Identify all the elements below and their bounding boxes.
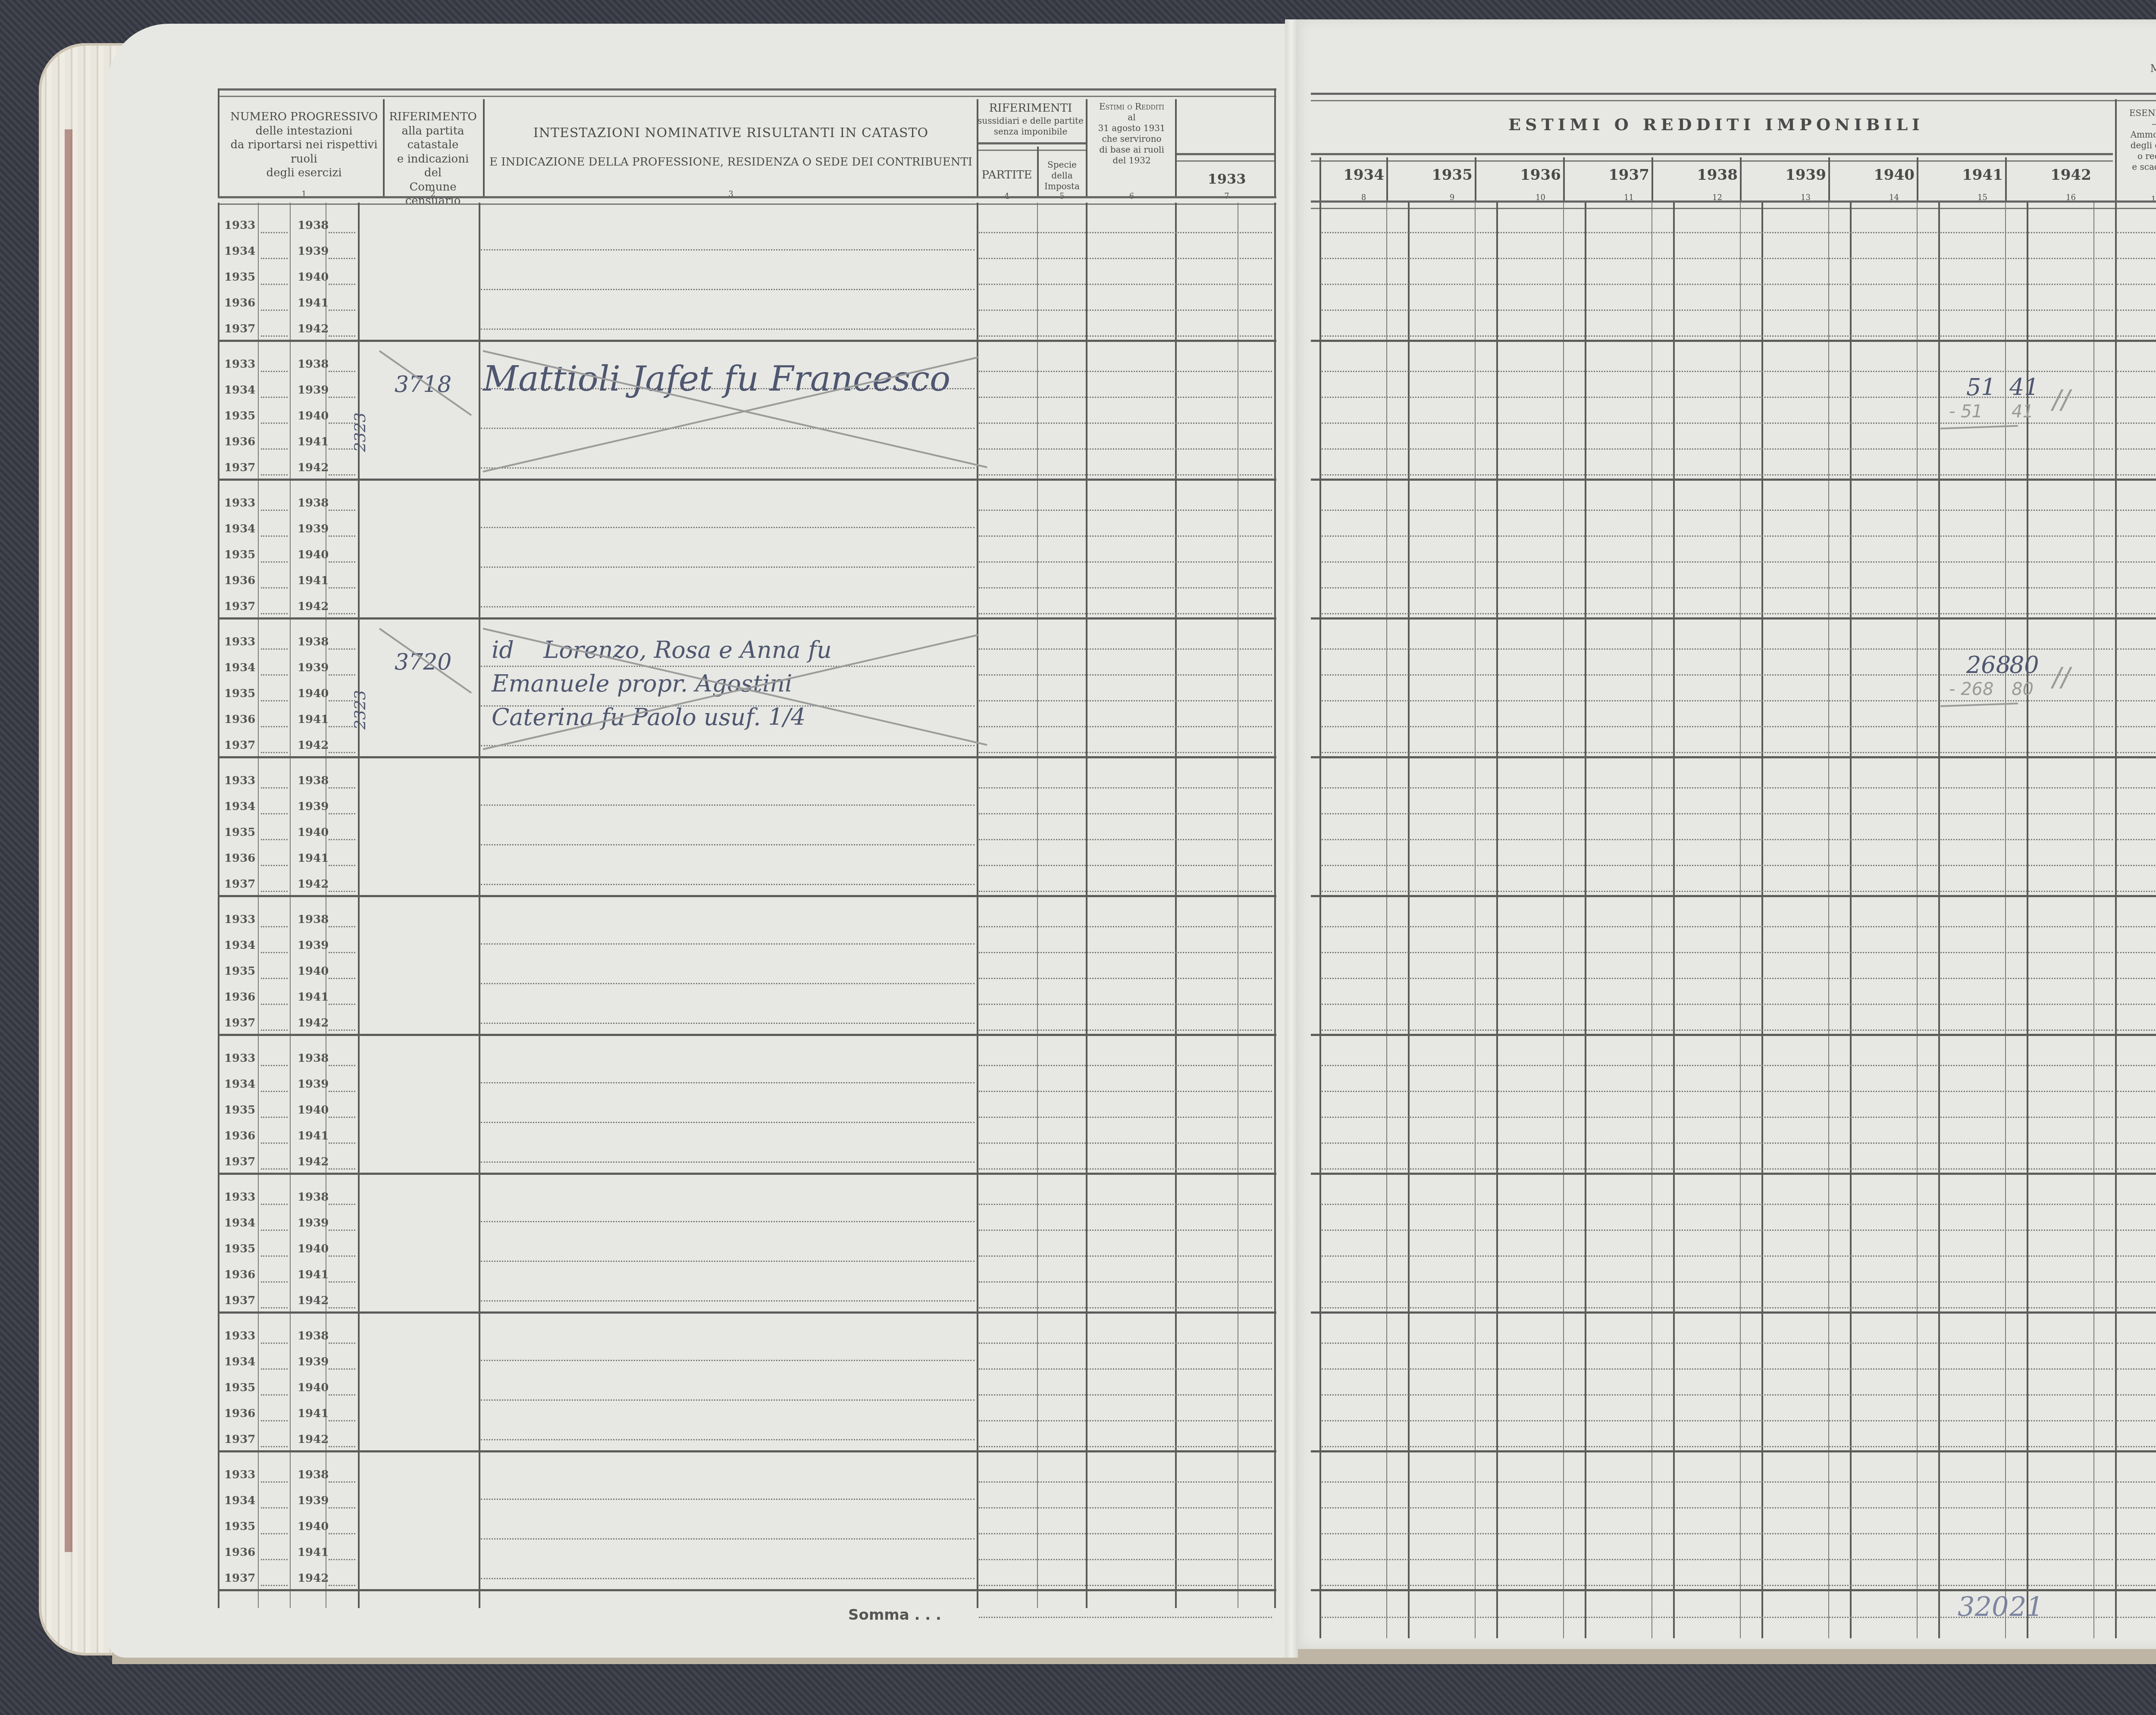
year-label: 1937: [224, 1294, 255, 1307]
col1-title: NUMERO PROGRESSIVO: [224, 110, 384, 124]
year-label: 1942: [298, 600, 329, 613]
year-label: 1938: [298, 774, 329, 787]
dotted-rule: [2117, 371, 2156, 372]
dotted-rule: [2117, 448, 2156, 450]
dotted-rule: [2117, 1230, 2156, 1231]
year-label: 1934: [224, 1355, 255, 1368]
dotted-rule: [979, 952, 1272, 953]
year-column-number: 15: [1938, 193, 2027, 203]
name-dotted-rule: [481, 1161, 975, 1163]
year-label: 1936: [224, 713, 255, 726]
dotted-rule: [261, 1343, 288, 1344]
dotted-rule: [261, 1168, 288, 1170]
amount-1941-lire: 268: [1966, 651, 2011, 679]
dotted-rule: [261, 865, 288, 866]
right-column-divider: [1917, 203, 1918, 1638]
dotted-rule: [2117, 1065, 2156, 1066]
partita-number: 2323: [351, 413, 369, 452]
year-label: 1938: [298, 913, 329, 926]
dotted-rule: [1322, 561, 2113, 563]
name-dotted-rule: [481, 1122, 975, 1123]
dotted-rule: [2117, 335, 2156, 337]
dotted-rule: [329, 839, 355, 840]
dotted-rule: [261, 284, 288, 285]
dotted-rule: [329, 535, 355, 537]
year-label: 1934: [224, 384, 255, 397]
dotted-rule: [329, 1091, 355, 1092]
dotted-rule: [329, 1004, 355, 1005]
left-row-separator: [218, 479, 1276, 481]
year-label: 1937: [224, 739, 255, 752]
right-row-separator: [1311, 1589, 2156, 1591]
dotted-rule: [2117, 1281, 2156, 1283]
left-row-separator: [218, 756, 1276, 758]
year-label: 1938: [298, 1330, 329, 1343]
name-dotted-rule: [481, 1082, 975, 1083]
dotted-rule: [329, 978, 355, 979]
dotted-rule: [2117, 648, 2156, 650]
dotted-rule: [979, 335, 1272, 337]
year-label: 1939: [298, 800, 329, 813]
dotted-rule: [979, 1368, 1272, 1370]
dotted-rule: [261, 978, 288, 979]
year-label: 1941: [298, 991, 329, 1004]
year-column-number: 13: [1761, 193, 1850, 203]
exemptions-line: Ammontare: [2117, 129, 2156, 140]
year-label: 1939: [298, 1494, 329, 1507]
dotted-rule: [979, 561, 1272, 563]
dotted-rule: [261, 1255, 288, 1257]
year-label: 1934: [224, 523, 255, 535]
dotted-rule: [979, 1030, 1272, 1031]
dotted-rule: [329, 510, 355, 511]
dotted-rule: [1322, 1559, 2113, 1560]
dotted-rule: [261, 1065, 288, 1066]
year-label: 1936: [224, 297, 255, 310]
left-header-divider: [1037, 147, 1039, 196]
year-label: 1940: [298, 687, 329, 700]
year-header-1934: 1934: [1319, 166, 1408, 185]
dotted-rule: [261, 510, 288, 511]
year-label: 1936: [224, 1268, 255, 1281]
dotted-rule: [261, 726, 288, 727]
dotted-rule: [1322, 1281, 2113, 1283]
pencil-correction-cent: 80: [2012, 679, 2034, 699]
right-row-separator: [1311, 1450, 2156, 1452]
year-label: 1941: [298, 1268, 329, 1281]
name-dotted-rule: [481, 566, 975, 568]
amount-1941-lire: 51: [1966, 374, 1996, 401]
dotted-rule: [2117, 613, 2156, 614]
dotted-rule: [261, 1004, 288, 1005]
dotted-rule: [2117, 1142, 2156, 1144]
col4-5-line: senza imponibile: [977, 126, 1084, 137]
dotted-rule: [1322, 1168, 2113, 1170]
year-header-1936: 1936: [1496, 166, 1585, 185]
dotted-rule: [2117, 1446, 2156, 1447]
dotted-rule: [979, 1281, 1272, 1283]
dotted-rule: [261, 1204, 288, 1205]
right-column-divider: [1673, 203, 1675, 1638]
dotted-rule: [1322, 448, 2113, 450]
dotted-rule: [2117, 1585, 2156, 1586]
dotted-rule: [2117, 1168, 2156, 1170]
dotted-rule: [329, 1168, 355, 1170]
dotted-rule: [979, 284, 1272, 285]
right-column-divider: [1828, 203, 1829, 1638]
dotted-rule: [1322, 474, 2113, 476]
year-column-number: 8: [1319, 193, 1408, 203]
dotted-rule: [1322, 952, 2113, 953]
exemptions-header: ESENZIONI — Ammontare degli estimi o red…: [2117, 108, 2156, 172]
dotted-rule: [1322, 371, 2113, 372]
year-label: 1935: [224, 1242, 255, 1255]
dotted-rule: [2117, 1117, 2156, 1118]
name-dotted-rule: [481, 666, 975, 667]
year-label: 1935: [224, 965, 255, 978]
year-label: 1937: [224, 1017, 255, 1030]
year-label: 1941: [298, 574, 329, 587]
left-column-divider: [1274, 203, 1276, 1608]
col6-line: 31 agosto 1931: [1087, 123, 1176, 134]
pencil-cancel-mark: //: [2053, 385, 2070, 415]
dotted-rule: [2117, 587, 2156, 588]
year-label: 1942: [298, 1155, 329, 1168]
year-label: 1934: [224, 661, 255, 674]
dotted-rule: [261, 1585, 288, 1586]
dotted-rule: [2117, 1368, 2156, 1370]
red-edge-stain: [65, 129, 72, 1552]
dotted-rule: [979, 535, 1272, 537]
right-row-separator: [1311, 340, 2156, 342]
dotted-rule: [2117, 839, 2156, 840]
col7-subrule: [1175, 153, 1274, 162]
dotted-rule: [1322, 1004, 2113, 1005]
year-label: 1937: [224, 600, 255, 613]
name-dotted-rule: [481, 289, 975, 290]
year-label: 1935: [224, 1381, 255, 1394]
left-row-separator: [218, 1589, 1276, 1591]
year-label: 1933: [224, 774, 255, 787]
year-label: 1942: [298, 322, 329, 335]
name-dotted-rule: [481, 1439, 975, 1440]
year-label: 1934: [224, 245, 255, 258]
dotted-rule: [1322, 1030, 2113, 1031]
col5-label: Specie della Imposta: [1038, 160, 1086, 192]
dotted-rule: [2117, 726, 2156, 727]
exemptions-title: ESENZIONI: [2117, 108, 2156, 119]
right-row-separator: [1311, 1173, 2156, 1175]
dotted-rule: [329, 1559, 355, 1560]
dotted-rule: [261, 1230, 288, 1231]
right-header-divider: [2115, 99, 2117, 200]
dotted-rule: [1322, 1204, 2113, 1205]
name-dotted-rule: [481, 329, 975, 330]
dotted-rule: [329, 587, 355, 588]
dotted-rule: [329, 1368, 355, 1370]
dotted-rule: [261, 1394, 288, 1396]
right-column-divider: [1740, 203, 1741, 1638]
name-dotted-rule: [481, 428, 975, 429]
dotted-rule: [979, 700, 1272, 701]
dotted-rule: [261, 613, 288, 614]
year-label: 1938: [298, 219, 329, 232]
left-column-divider: [1037, 203, 1038, 1608]
year-label: 1941: [298, 713, 329, 726]
dotted-rule: [979, 1142, 1272, 1144]
dotted-rule: [1322, 510, 2113, 511]
year-label: 1934: [224, 1217, 255, 1230]
right-column-divider: [2093, 203, 2094, 1638]
dotted-rule: [979, 1307, 1272, 1308]
dotted-rule: [2117, 674, 2156, 676]
dotted-rule: [2117, 474, 2156, 476]
dotted-rule: [329, 335, 355, 337]
dotted-rule: [261, 813, 288, 814]
year-label: 1935: [224, 271, 255, 284]
dotted-rule: [979, 310, 1272, 311]
dotted-rule: [979, 1255, 1272, 1257]
year-label: 1938: [298, 497, 329, 510]
year-label: 1934: [224, 1494, 255, 1507]
dotted-rule: [261, 1091, 288, 1092]
dotted-rule: [979, 1343, 1272, 1344]
dotted-rule: [1322, 422, 2113, 424]
dotted-rule: [261, 258, 288, 259]
dotted-rule: [2117, 787, 2156, 789]
dotted-rule: [1322, 813, 2113, 814]
year-label: 1940: [298, 548, 329, 561]
dotted-rule: [1322, 978, 2113, 979]
dotted-rule: [1322, 1091, 2113, 1092]
left-column-divider: [977, 203, 978, 1608]
total-dotted-rule: [1322, 1617, 2113, 1618]
dotted-rule: [329, 1117, 355, 1118]
exemptions-line: degli estimi: [2117, 140, 2156, 151]
exemptions-line: o redditi: [2117, 151, 2156, 162]
dotted-rule: [261, 1533, 288, 1534]
col1-line: delle intestazioni: [224, 124, 384, 138]
name-dotted-rule: [481, 1360, 975, 1361]
name-dotted-rule: [481, 606, 975, 607]
dotted-rule: [329, 1481, 355, 1483]
dotted-rule: [1322, 865, 2113, 866]
left-column-divider: [218, 203, 219, 1608]
year-header-1935: 1935: [1408, 166, 1496, 185]
dotted-rule: [329, 1030, 355, 1031]
dotted-rule: [2117, 865, 2156, 866]
dotted-rule: [979, 1481, 1272, 1483]
dotted-rule: [329, 397, 355, 398]
dotted-rule: [1322, 1230, 2113, 1231]
dotted-rule: [1322, 1307, 2113, 1308]
year-label: 1936: [224, 852, 255, 865]
dotted-rule: [2117, 952, 2156, 953]
dotted-rule: [979, 422, 1272, 424]
dotted-rule: [261, 1142, 288, 1144]
dotted-rule: [1322, 232, 2113, 233]
name-dotted-rule: [481, 884, 975, 885]
col2-line: e indicazioni: [383, 152, 483, 166]
year-label: 1938: [298, 635, 329, 648]
dotted-rule: [1322, 1343, 2113, 1344]
right-column-divider: [1563, 203, 1564, 1638]
year-label: 1941: [298, 435, 329, 448]
dotted-rule: [261, 371, 288, 372]
left-column-divider: [290, 203, 291, 1608]
right-column-divider: [2115, 203, 2117, 1638]
col1-line: degli esercizi: [224, 166, 384, 180]
dotted-rule: [329, 1343, 355, 1344]
amount-1941-cent: 80: [2009, 651, 2039, 679]
name-dotted-rule: [481, 1538, 975, 1540]
year-column-number: 11: [1585, 193, 1673, 203]
dotted-rule: [1322, 926, 2113, 927]
contributor-name-line: id Lorenzo, Rosa e Anna fu: [492, 636, 832, 663]
year-label: 1933: [224, 1052, 255, 1065]
dotted-rule: [1322, 284, 2113, 285]
left-row-separator: [218, 617, 1276, 620]
dotted-rule: [979, 474, 1272, 476]
name-dotted-rule: [481, 467, 975, 469]
dotted-rule: [329, 284, 355, 285]
right-row-separator: [1311, 756, 2156, 758]
year-label: 1942: [298, 1572, 329, 1585]
year-label: 1939: [298, 661, 329, 674]
col3-subtitle: E INDICAZIONE DELLA PROFESSIONE, RESIDEN…: [487, 155, 975, 169]
year-label: 1939: [298, 245, 329, 258]
name-dotted-rule: [481, 1399, 975, 1401]
col2-line: alla partita catastale: [383, 124, 483, 152]
dotted-rule: [261, 232, 288, 233]
dotted-rule: [261, 422, 288, 424]
year-header-1939: 1939: [1761, 166, 1850, 185]
dotted-rule: [2117, 926, 2156, 927]
dotted-rule: [261, 648, 288, 650]
pencil-correction-cent: 41: [2012, 402, 2034, 422]
dotted-rule: [1322, 1117, 2113, 1118]
year-label: 1938: [298, 1052, 329, 1065]
dotted-rule: [329, 232, 355, 233]
year-label: 1933: [224, 219, 255, 232]
dotted-rule: [2117, 561, 2156, 563]
dotted-rule: [2117, 510, 2156, 511]
year-label: 1940: [298, 965, 329, 978]
total-dotted-rule: [2117, 1617, 2156, 1618]
year-label: 1940: [298, 1104, 329, 1117]
dotted-rule: [2117, 752, 2156, 753]
year-label: 1934: [224, 939, 255, 952]
dotted-rule: [2117, 1004, 2156, 1005]
year-label: 1937: [224, 322, 255, 335]
pencil-cancel-mark: //: [2053, 662, 2070, 692]
dotted-rule: [2117, 700, 2156, 701]
dotted-rule: [2117, 891, 2156, 892]
year-label: 1938: [298, 358, 329, 371]
dotted-rule: [261, 310, 288, 311]
col4-5-title: RIFERIMENTI: [977, 101, 1084, 116]
year-label: 1936: [224, 991, 255, 1004]
col7-year: 1933: [1179, 170, 1274, 188]
dotted-rule: [329, 1446, 355, 1447]
year-label: 1941: [298, 852, 329, 865]
amount-1941-cent: 41: [2009, 374, 2039, 401]
year-header-1942: 1942: [2027, 166, 2115, 185]
dotted-rule: [979, 787, 1272, 789]
col1-header: NUMERO PROGRESSIVO delle intestazioni da…: [224, 110, 384, 180]
dotted-rule: [261, 1368, 288, 1370]
total-label: Somma . . .: [819, 1606, 970, 1624]
dotted-rule: [1322, 1533, 2113, 1534]
year-label: 1942: [298, 1433, 329, 1446]
name-dotted-rule: [481, 804, 975, 806]
dotted-rule: [261, 752, 288, 753]
dotted-rule: [979, 587, 1272, 588]
year-label: 1939: [298, 1217, 329, 1230]
col6-line: che servirono: [1087, 134, 1176, 144]
dotted-rule: [1322, 1142, 2113, 1144]
dotted-rule: [2117, 1481, 2156, 1483]
dotted-rule: [329, 371, 355, 372]
dotted-rule: [2117, 813, 2156, 814]
name-dotted-rule: [481, 249, 975, 250]
right-row-separator: [1311, 479, 2156, 481]
name-dotted-rule: [481, 1300, 975, 1302]
dotted-rule: [329, 674, 355, 676]
year-label: 1937: [224, 1572, 255, 1585]
dotted-rule: [1322, 587, 2113, 588]
total-dotted-rule: [979, 1617, 1272, 1618]
year-label: 1933: [224, 1191, 255, 1204]
dotted-rule: [329, 474, 355, 476]
left-header-divider: [483, 99, 485, 196]
dotted-rule: [2117, 1394, 2156, 1396]
year-label: 1935: [224, 1104, 255, 1117]
dotted-rule: [1322, 1065, 2113, 1066]
left-header-divider: [218, 88, 219, 196]
dotted-rule: [1322, 891, 2113, 892]
year-label: 1933: [224, 1330, 255, 1343]
year-label: 1942: [298, 878, 329, 891]
year-label: 1935: [224, 687, 255, 700]
year-label: 1942: [298, 1017, 329, 1030]
dotted-rule: [2117, 1204, 2156, 1205]
dotted-rule: [2117, 310, 2156, 311]
dotted-rule: [2117, 978, 2156, 979]
dotted-rule: [329, 1585, 355, 1586]
dotted-rule: [329, 310, 355, 311]
year-label: 1941: [298, 1546, 329, 1559]
right-column-divider: [1585, 203, 1586, 1638]
dotted-rule: [979, 1446, 1272, 1447]
dotted-rule: [2117, 1559, 2156, 1560]
estimi-title: ESTIMI O REDDITI IMPONIBILI: [1319, 114, 2113, 135]
dotted-rule: [1322, 258, 2113, 259]
dotted-rule: [261, 587, 288, 588]
dotted-rule: [1322, 700, 2113, 701]
dotted-rule: [329, 1065, 355, 1066]
left-row-separator: [218, 1034, 1276, 1036]
year-label: 1940: [298, 1242, 329, 1255]
partita-reference: 3720: [395, 649, 451, 675]
left-header-divider: [383, 99, 385, 196]
dotted-rule: [979, 839, 1272, 840]
pencil-correction-lire: - 268: [1949, 679, 1994, 699]
dotted-rule: [329, 1142, 355, 1144]
dotted-rule: [2117, 1091, 2156, 1092]
right-column-divider: [1319, 203, 1321, 1638]
right-column-divider: [1475, 203, 1476, 1638]
